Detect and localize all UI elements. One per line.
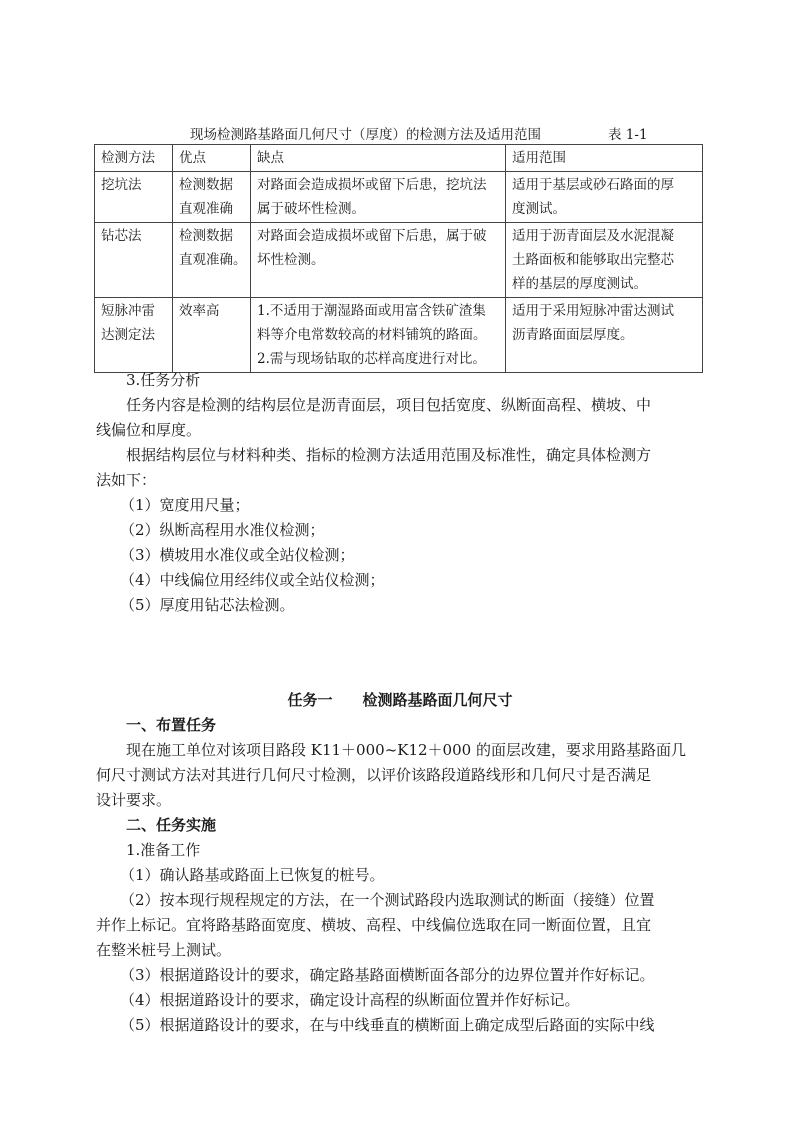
paragraph-line: 法如下： — [96, 468, 708, 493]
list-item: （3）根据道路设计的要求，确定路基路面横断面各部分的边界位置并作好标记。 — [96, 963, 708, 988]
cell-line: 土路面板和能够取出完整芯 — [512, 248, 696, 272]
task-title-text: 检测路基路面几何尺寸 — [363, 691, 513, 709]
list-item: （5）根据道路设计的要求，在与中线垂直的横断面上确定成型后路面的实际中线 — [96, 1013, 708, 1038]
paragraph-line: 线偏位和厚度。 — [96, 418, 708, 443]
cell-line: 1.不适用于潮湿路面或用富含铁矿渣集 — [257, 299, 499, 323]
paragraph-line: 何尺寸测试方法对其进行几何尺寸检测，以评价该路段道路线形和几何尺寸是否满足 — [96, 763, 708, 788]
cell-method: 挖坑法 — [95, 172, 173, 223]
list-item: （2）纵断高程用水准仪检测； — [96, 518, 708, 543]
cell-line: 度测试。 — [512, 197, 696, 221]
task-title: 任务一检测路基路面几何尺寸 — [0, 688, 800, 713]
cell-line: 对路面会造成损坏或留下后患，属于破 — [257, 224, 499, 248]
cell-pros: 检测数据 直观准确。 — [173, 223, 251, 298]
cell-line: 挖坑法 — [101, 173, 166, 197]
list-item: （3）横坡用水准仪或全站仪检测； — [96, 543, 708, 568]
cell-line: 适用于沥青面层及水泥混凝 — [512, 224, 696, 248]
paragraph-line: 在整米桩号上测试。 — [96, 938, 708, 963]
cell-line: 直观准确 — [179, 197, 244, 221]
cell-line: 对路面会造成损坏或留下后患，挖坑法 — [257, 173, 499, 197]
table-row: 短脉冲雷 达测定法 效率高 1.不适用于潮湿路面或用富含铁矿渣集 料等介电常数较… — [95, 298, 703, 373]
cell-line: 检测数据 — [179, 224, 244, 248]
cell-line: 属于破坏性检测。 — [257, 197, 499, 221]
table-row: 挖坑法 检测数据 直观准确 对路面会造成损坏或留下后患，挖坑法 属于破坏性检测。… — [95, 172, 703, 223]
list-item: （2）按本现行规程规定的方法，在一个测试路段内选取测试的断面（接缝）位置 — [96, 888, 708, 913]
cell-line: 检测数据 — [179, 173, 244, 197]
section-heading: 3.任务分析 — [96, 368, 708, 393]
subsection-heading: 1.准备工作 — [96, 838, 708, 863]
paragraph-line: 根据结构层位与材料种类、指标的检测方法适用范围及标准性，确定具体检测方 — [96, 443, 708, 468]
cell-line: 料等介电常数较高的材料铺筑的路面。 — [257, 323, 499, 347]
cell-line: 坏性检测。 — [257, 248, 499, 272]
cell-cons: 对路面会造成损坏或留下后患，属于破 坏性检测。 — [251, 223, 506, 298]
paragraph-line: 并作上标记。宜将路基路面宽度、横坡、高程、中线偏位选取在同一断面位置，且宜 — [96, 913, 708, 938]
cell-cons: 1.不适用于潮湿路面或用富含铁矿渣集 料等介电常数较高的材料铺筑的路面。 2.需… — [251, 298, 506, 373]
header-scope: 适用范围 — [506, 145, 703, 172]
list-item: （4）中线偏位用经纬仪或全站仪检测； — [96, 568, 708, 593]
table-header-row: 检测方法 优点 缺点 适用范围 — [95, 145, 703, 172]
cell-method: 钻芯法 — [95, 223, 173, 298]
table-caption-title: 现场检测路基路面几何尺寸（厚度）的检测方法及适用范围 — [190, 123, 541, 143]
cell-scope: 适用于采用短脉冲雷达测试 沥青路面面层厚度。 — [506, 298, 703, 373]
table-caption-number: 表 1-1 — [608, 123, 648, 143]
paragraph-line: 任务内容是检测的结构层位是沥青面层，项目包括宽度、纵断面高程、横坡、中 — [96, 393, 708, 418]
cell-line: 直观准确。 — [179, 248, 244, 272]
section-heading: 二、任务实施 — [96, 813, 708, 838]
paragraph-line: 设计要求。 — [96, 788, 708, 813]
list-item: （5）厚度用钻芯法检测。 — [96, 593, 708, 618]
cell-pros: 检测数据 直观准确 — [173, 172, 251, 223]
cell-cons: 对路面会造成损坏或留下后患，挖坑法 属于破坏性检测。 — [251, 172, 506, 223]
cell-scope: 适用于沥青面层及水泥混凝 土路面板和能够取出完整芯 样的基层的厚度测试。 — [506, 223, 703, 298]
cell-line: 适用于基层或砂石路面的厚 — [512, 173, 696, 197]
analysis-section: 3.任务分析 任务内容是检测的结构层位是沥青面层，项目包括宽度、纵断面高程、横坡… — [96, 368, 708, 618]
cell-line: 适用于采用短脉冲雷达测试 — [512, 299, 696, 323]
paragraph-line: 现在施工单位对该项目路段 K11＋000~K12＋000 的面层改建，要求用路基… — [96, 738, 708, 763]
table-row: 钻芯法 检测数据 直观准确。 对路面会造成损坏或留下后患，属于破 坏性检测。 适… — [95, 223, 703, 298]
list-item: （1）宽度用尺量； — [96, 493, 708, 518]
cell-line: 沥青路面面层厚度。 — [512, 323, 696, 347]
section-heading: 一、布置任务 — [96, 713, 708, 738]
header-method: 检测方法 — [95, 145, 173, 172]
cell-line: 短脉冲雷 — [101, 299, 166, 323]
cell-method: 短脉冲雷 达测定法 — [95, 298, 173, 373]
header-cons: 缺点 — [251, 145, 506, 172]
methods-table: 检测方法 优点 缺点 适用范围 挖坑法 检测数据 直观准确 对路面会造成损坏或留… — [94, 144, 703, 373]
task-title-number: 任务一 — [287, 691, 332, 709]
list-item: （1）确认路基或路面上已恢复的桩号。 — [96, 863, 708, 888]
cell-line: 钻芯法 — [101, 224, 166, 248]
cell-pros: 效率高 — [173, 298, 251, 373]
list-item: （4）根据道路设计的要求，确定设计高程的纵断面位置并作好标记。 — [96, 988, 708, 1013]
cell-scope: 适用于基层或砂石路面的厚 度测试。 — [506, 172, 703, 223]
task1-section: 一、布置任务 现在施工单位对该项目路段 K11＋000~K12＋000 的面层改… — [96, 713, 708, 1038]
cell-line: 效率高 — [179, 299, 244, 323]
cell-line: 样的基层的厚度测试。 — [512, 272, 696, 296]
header-pros: 优点 — [173, 145, 251, 172]
cell-line: 达测定法 — [101, 323, 166, 347]
